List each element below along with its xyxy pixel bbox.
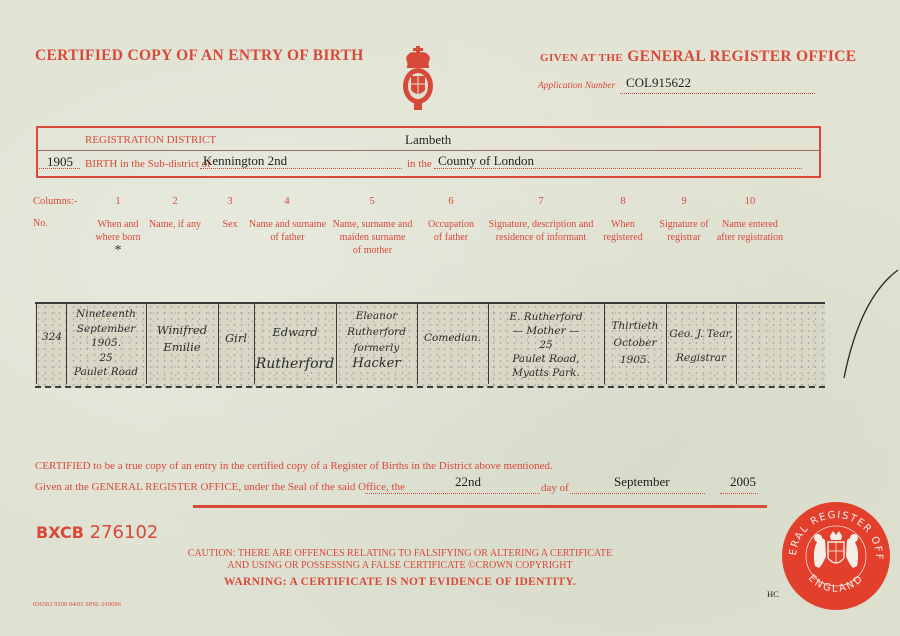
entry-father: Edward Rutherford	[254, 316, 336, 380]
month-underline	[570, 493, 705, 494]
column-number-7: 7	[511, 196, 571, 207]
column-number-3: 3	[200, 196, 260, 207]
column-heading-registrar: Signature of registrar	[655, 218, 713, 244]
heading-line: Sex	[210, 218, 250, 231]
given-at-heading: GIVEN AT THE GENERAL REGISTER OFFICE	[540, 48, 856, 66]
registration-district-value: Lambeth	[405, 132, 451, 148]
certificate-serial: BXCB 276102	[36, 522, 158, 543]
certification-day: 22nd	[455, 474, 481, 490]
heading-line: Signature, description and	[486, 218, 596, 231]
heading-line: maiden surname	[330, 231, 415, 244]
certification-month: September	[614, 474, 670, 490]
column-heading-sex: Sex	[210, 218, 250, 231]
entry-line: 25	[66, 351, 146, 366]
county-value: County of London	[438, 153, 534, 169]
column-number-1: 1	[88, 196, 148, 207]
year-underline-cert	[720, 493, 758, 494]
heading-line: Name and surname	[245, 218, 330, 231]
heading-line: of father	[245, 231, 330, 244]
given-at-prefix: GIVEN AT THE	[540, 52, 623, 64]
entry-line: Emilie	[146, 339, 218, 356]
entry-line: Hacker	[336, 356, 417, 372]
entry-line: October	[604, 335, 666, 352]
entry-child-name: Winifred Emilie	[146, 322, 218, 356]
entry-line: — Mother —	[488, 324, 604, 338]
entry-line: Myatts Park.	[488, 366, 604, 380]
sub-district-value: Kennington 2nd	[203, 153, 287, 169]
heading-line: Name entered	[714, 218, 786, 231]
entry-divider	[736, 302, 737, 384]
given-at-statement: Given at the GENERAL REGISTER OFFICE, un…	[35, 481, 405, 493]
column-heading-name: Name, if any	[140, 218, 210, 231]
registration-year: 1905	[47, 154, 73, 170]
heading-line: Name, surname and	[330, 218, 415, 231]
issuer-initials: HC	[767, 589, 779, 599]
day-of-label: day of	[541, 482, 569, 494]
registration-district-label: REGISTRATION DISTRICT	[85, 134, 216, 146]
certification-rule	[193, 505, 767, 508]
entry-line: E. Rutherford	[488, 310, 604, 324]
day-underline	[365, 493, 540, 494]
caution-line: CAUTION: THERE ARE OFFENCES RELATING TO …	[180, 548, 620, 560]
entry-line: September	[66, 322, 146, 337]
entry-line: Rutherford	[336, 324, 417, 340]
district-divider	[36, 150, 819, 151]
entry-line: Edward	[254, 316, 336, 348]
cancellation-stroke	[800, 268, 900, 388]
column-heading-name-after-registration: Name entered after registration	[714, 218, 786, 244]
column-number-4: 4	[257, 196, 317, 207]
columns-label: Columns:-	[33, 196, 77, 207]
entry-line: Paulet Road,	[488, 352, 604, 366]
column-number-10: 10	[720, 196, 780, 207]
column-number-5: 5	[342, 196, 402, 207]
sub-district-label: BIRTH in the Sub-district of	[85, 158, 211, 170]
column-number-6: 6	[421, 196, 481, 207]
heading-line: When	[598, 218, 648, 231]
entry-registrar-signature: Geo. J. Tear, Registrar	[666, 322, 736, 370]
print-code: 036563 9200 04/05 SPSL 010696	[33, 601, 121, 608]
asterisk-mark: *	[78, 244, 158, 257]
application-number-label: Application Number	[538, 81, 615, 91]
heading-line: registered	[598, 231, 648, 244]
in-the-label: in the	[407, 158, 432, 170]
column-heading-occupation: Occupation of father	[418, 218, 484, 244]
serial-prefix: BXCB	[36, 523, 84, 542]
entry-occupation: Comedian.	[417, 331, 488, 345]
entry-line: Paulet Road	[66, 365, 146, 380]
entry-line: Nineteenth	[66, 307, 146, 322]
entry-when-registered: Thirtieth October 1905.	[604, 318, 666, 369]
column-number-9: 9	[654, 196, 714, 207]
entry-line: 1905.	[604, 352, 666, 369]
column-number-2: 2	[145, 196, 205, 207]
certificate-title: CERTIFIED COPY OF AN ENTRY OF BIRTH	[35, 47, 364, 65]
entry-line: Rutherford	[254, 348, 336, 380]
office-name: GENERAL REGISTER OFFICE	[627, 48, 856, 65]
heading-line: Occupation	[418, 218, 484, 231]
no-column-label: No.	[33, 218, 48, 229]
entry-line: Thirtieth	[604, 318, 666, 335]
heading-line: of mother	[330, 244, 415, 257]
application-number: COL915622	[626, 75, 691, 91]
application-number-underline	[620, 93, 815, 94]
entry-line: 1905.	[66, 336, 146, 351]
identity-warning: WARNING: A CERTIFICATE IS NOT EVIDENCE O…	[180, 576, 620, 588]
caution-notice: CAUTION: THERE ARE OFFENCES RELATING TO …	[180, 548, 620, 572]
entry-sex: Girl	[218, 331, 254, 345]
column-heading-when-registered: When registered	[598, 218, 648, 244]
certification-statement: CERTIFIED to be a true copy of an entry …	[35, 460, 553, 472]
entry-when-where-born: Nineteenth September 1905. 25 Paulet Roa…	[66, 307, 146, 380]
heading-line: Name, if any	[140, 218, 210, 231]
certification-year: 2005	[730, 474, 756, 490]
heading-line: of father	[418, 231, 484, 244]
entry-line: Eleanor	[336, 308, 417, 324]
heading-line: residence of informant	[486, 231, 596, 244]
serial-number: 276102	[90, 522, 159, 543]
column-heading-father: Name and surname of father	[245, 218, 330, 244]
entry-line: Geo. J. Tear,	[666, 322, 736, 346]
entry-line: 25	[488, 338, 604, 352]
entry-line: Registrar	[666, 346, 736, 370]
entry-mother: Eleanor Rutherford formerly Hacker	[336, 308, 417, 372]
caution-line: AND USING OR POSSESSING A FALSE CERTIFIC…	[180, 560, 620, 572]
entry-informant: E. Rutherford — Mother — 25 Paulet Road,…	[488, 310, 604, 380]
heading-line: registrar	[655, 231, 713, 244]
entry-line: formerly	[336, 340, 417, 356]
royal-crest-icon	[401, 44, 435, 114]
column-number-8: 8	[593, 196, 653, 207]
entry-number: 324	[37, 330, 67, 344]
official-seal-icon: GENERAL REGISTER OFFICE ✕ ENGLAND ✕	[779, 500, 893, 612]
column-heading-informant: Signature, description and residence of …	[486, 218, 596, 244]
heading-line: after registration	[714, 231, 786, 244]
column-heading-mother: Name, surname and maiden surname of moth…	[330, 218, 415, 257]
heading-line: Signature of	[655, 218, 713, 231]
entry-line: Winifred	[146, 322, 218, 339]
